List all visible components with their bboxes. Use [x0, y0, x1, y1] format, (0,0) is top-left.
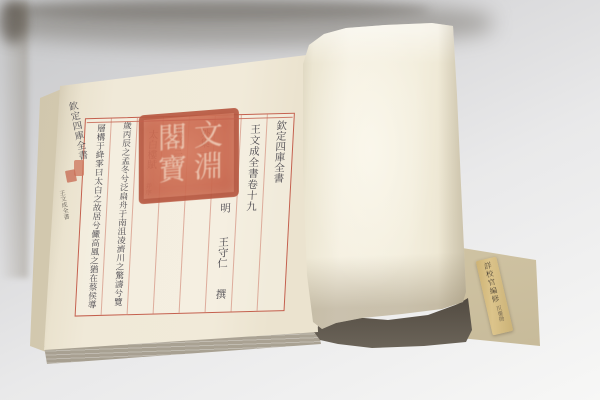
series-title-column: 欽定四庫全書 [265, 117, 287, 308]
gutter-shadow-blob [0, 0, 26, 44]
seal-text: 文淵閣寶 [153, 117, 225, 195]
book-shadow-inner [0, 0, 430, 20]
book-photo: 詳校官編修 臣覆勘 欽定四庫全書 王文成全書卷十九 明 王守仁 撰 外集一 [0, 0, 600, 400]
text-frame: 欽定四庫全書 王文成全書卷十九 明 王守仁 撰 外集一 賦騷三篇 太白樓賦 并序… [75, 113, 295, 317]
reviewer-slip-small-text: 臣覆勘 [494, 305, 503, 322]
reviewer-slip-text: 詳校官編修 [483, 261, 500, 304]
author-role: 撰 [214, 289, 227, 300]
cover-seal [65, 169, 77, 183]
wenyuange-seal: 文淵閣寶 [139, 108, 239, 205]
author-dynasty: 明 [219, 202, 232, 213]
author-name: 王守仁 [216, 236, 230, 268]
